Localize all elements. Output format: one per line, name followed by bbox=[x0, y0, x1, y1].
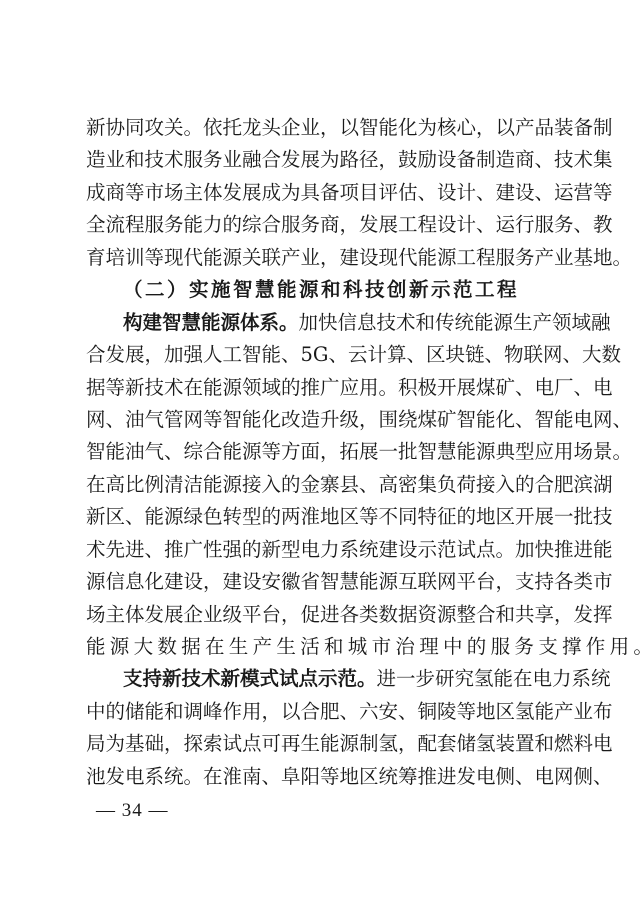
document-page: 新协同攻关。依托龙头企业，以智能化为核心，以产品装备制 造业和技术服务业融合发展… bbox=[86, 112, 554, 793]
text-line: 造业和技术服务业融合发展为路径，鼓励设备制造商、技术集 bbox=[86, 144, 554, 176]
section-heading: （二）实施智慧能源和科技创新示范工程 bbox=[86, 274, 554, 306]
text-span: 加快信息技术和传统能源生产领域融 bbox=[299, 311, 611, 334]
text-line: 据等新技术在能源领域的推广应用。积极开展煤矿、电厂、电 bbox=[86, 372, 554, 404]
paragraph-lead-smart-energy: 构建智慧能源体系。 bbox=[123, 311, 299, 334]
text-line: 合发展，加强人工智能、5G、云计算、区块链、物联网、大数 bbox=[86, 339, 554, 371]
text-line: 在高比例清洁能源接入的金寨县、高密集负荷接入的合肥滨湖 bbox=[86, 469, 554, 501]
text-line: 能源大数据在生产生活和城市治理中的服务支撑作用。 bbox=[86, 631, 554, 663]
paragraph-first-line: 支持新技术新模式试点示范。进一步研究氢能在电力系统 bbox=[86, 663, 554, 695]
text-line: 全流程服务能力的综合服务商，发展工程设计、运行服务、教 bbox=[86, 209, 554, 241]
text-line: 术先进、推广性强的新型电力系统建设示范试点。加快推进能 bbox=[86, 534, 554, 566]
text-line: 智能油气、综合能源等方面，拓展一批智慧能源典型应用场景。 bbox=[86, 436, 554, 468]
page-number: — 34 — bbox=[96, 800, 169, 822]
text-line: 成商等市场主体发展成为具备项目评估、设计、建设、运营等 bbox=[86, 177, 554, 209]
text-line: 新区、能源绿色转型的两淮地区等不同特征的地区开展一批技 bbox=[86, 501, 554, 533]
text-line: 池发电系统。在淮南、阜阳等地区统筹推进发电侧、电网侧、 bbox=[86, 761, 554, 793]
text-span: 进一步研究氢能在电力系统 bbox=[377, 667, 611, 690]
text-line: 网、油气管网等智能化改造升级，围绕煤矿智能化、智能电网、 bbox=[86, 404, 554, 436]
text-line: 育培训等现代能源关联产业，建设现代能源工程服务产业基地。 bbox=[86, 242, 554, 274]
text-line: 局为基础，探索试点可再生能源制氢，配套储氢装置和燃料电 bbox=[86, 728, 554, 760]
text-line: 中的储能和调峰作用，以合肥、六安、铜陵等地区氢能产业布 bbox=[86, 696, 554, 728]
paragraph-lead-new-tech: 支持新技术新模式试点示范。 bbox=[123, 667, 377, 690]
text-line: 源信息化建设，建设安徽省智慧能源互联网平台，支持各类市 bbox=[86, 566, 554, 598]
paragraph-first-line: 构建智慧能源体系。加快信息技术和传统能源生产领域融 bbox=[86, 307, 554, 339]
text-line: 新协同攻关。依托龙头企业，以智能化为核心，以产品装备制 bbox=[86, 112, 554, 144]
text-line: 场主体发展企业级平台，促进各类数据资源整合和共享，发挥 bbox=[86, 599, 554, 631]
